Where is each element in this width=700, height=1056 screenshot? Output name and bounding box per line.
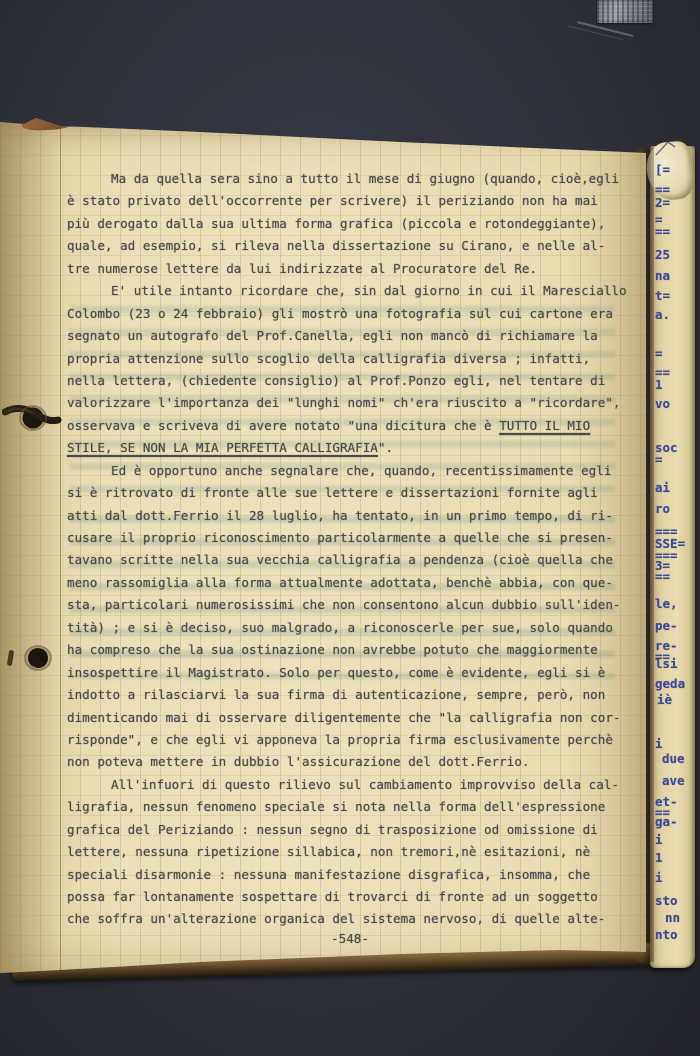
sticker-texture [597,0,653,23]
edge-text-fragment: due [662,753,685,766]
edge-text-fragment: ave [662,775,685,788]
pen-mark [654,138,680,158]
notebook-page: Ma da quella sera sino a tutto il mese d… [0,116,646,976]
next-page-edge: [===2====25nat=a.===1vosoc=airo===SSE===… [650,146,695,968]
edge-text-fragment: [= [655,164,670,177]
document-photo: [===2====25nat=a.===1vosoc=airo===SSE===… [0,0,700,1056]
edge-text-fragment: sto [655,895,678,908]
edge-text-fragment: nn [665,912,680,925]
edge-text-fragment: i [655,738,663,751]
corner-sticker [597,0,653,23]
edge-text-fragment: 1 [655,852,663,865]
edge-text-fragment: == [655,226,670,239]
edge-text-fragment: pe- [655,620,678,633]
edge-text-fragment: geda [655,678,685,691]
edge-text-fragment: = [655,454,663,467]
edge-text-fragment: 1 [655,379,663,392]
edge-text-fragment: na [655,270,670,283]
edge-text-fragment: t= [655,290,670,303]
edge-text-fragment: ro [655,503,670,516]
edge-text-fragment: nto [655,929,678,942]
edge-text-fragment: i [655,872,663,885]
edge-text-fragment: 25 [655,249,670,262]
edge-text-fragment: 2= [655,197,670,210]
edge-text-fragment: vo [655,398,670,411]
photo-background: { "page": { "number": "-548-", "lines": … [0,0,700,1056]
edge-text-fragment: iè [657,694,672,707]
edge-text-fragment: lsi [655,658,678,671]
edge-text-fragment: i [655,834,663,847]
edge-text-fragment: a. [655,309,670,322]
scratch-mark [577,21,634,37]
edge-text-fragment: == [655,571,670,584]
edge-text-fragment: = [655,348,663,361]
edge-text-fragment: ga- [655,816,678,829]
edge-text-fragment: ai [655,482,670,495]
edge-text-fragment: le, [655,598,678,611]
paper-vignette [0,116,646,976]
